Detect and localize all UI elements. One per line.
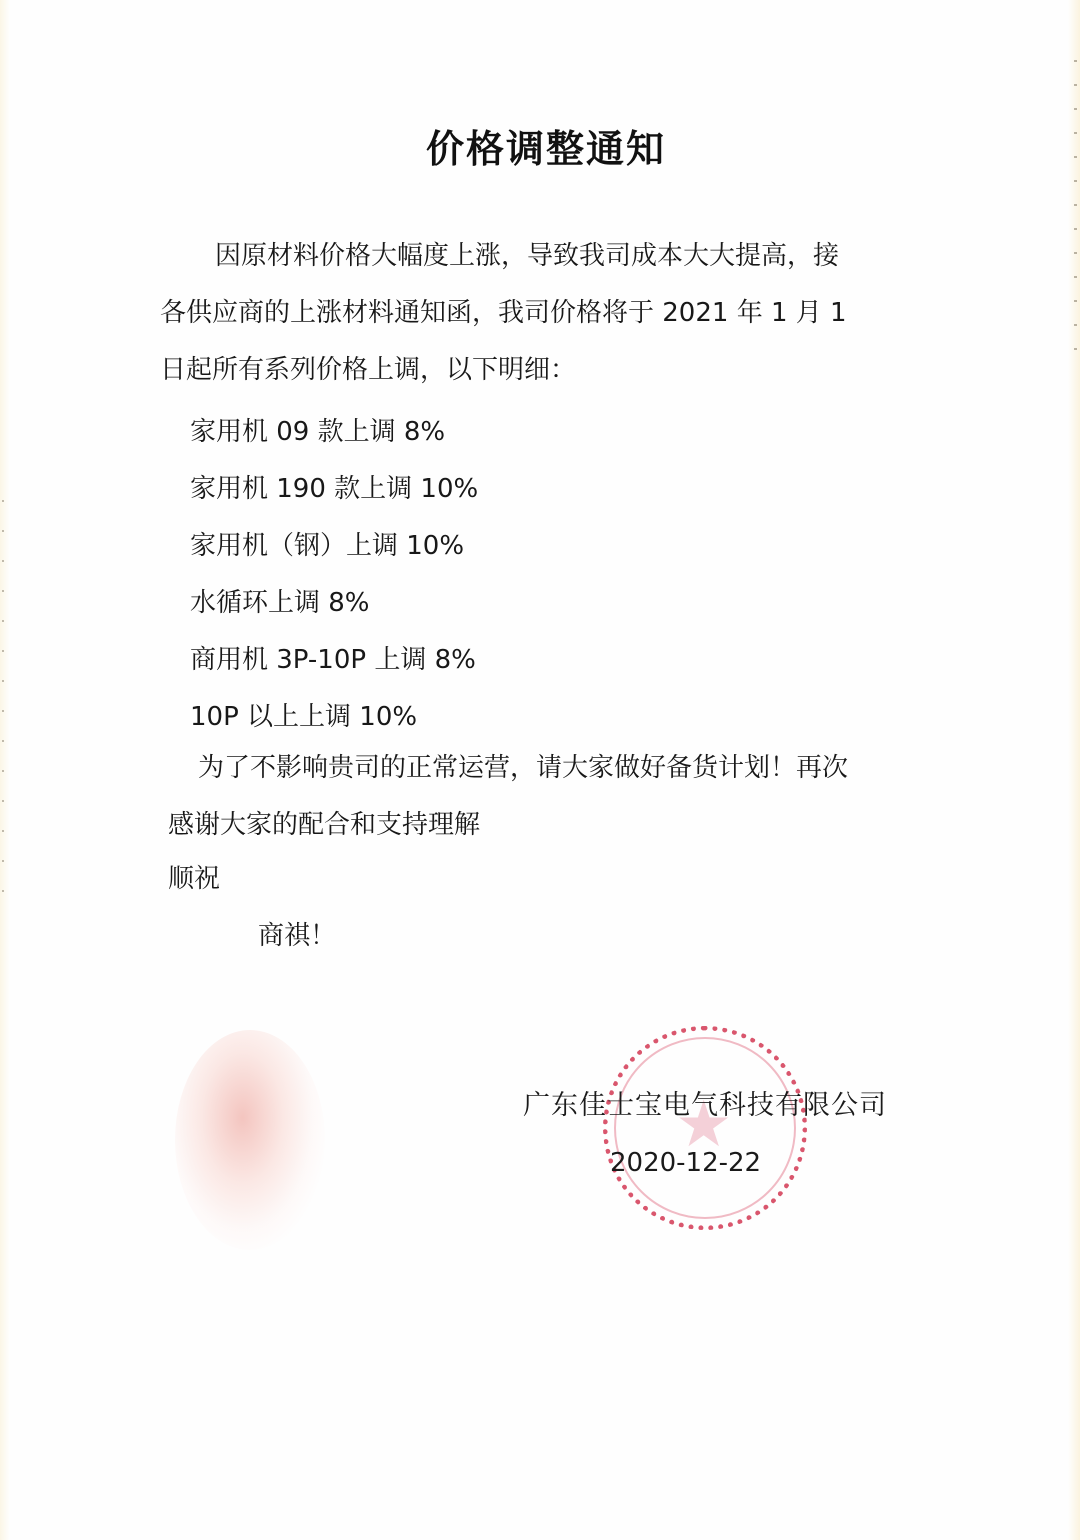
price-item: 家用机（钢）上调 10% — [190, 518, 478, 575]
scan-edge-marks-right — [1074, 60, 1077, 360]
intro-line: 各供应商的上涨材料通知函，我司价格将于 2021 年 1 月 1 — [160, 285, 847, 342]
intro-line: 因原材料价格大幅度上涨，导致我司成本大大提高，接 — [160, 228, 847, 285]
company-seal-stamp: ★ — [603, 1026, 807, 1230]
closing-line: 感谢大家的配合和支持理解 — [168, 797, 848, 854]
ink-smudge — [175, 1030, 325, 1250]
price-item: 水循环上调 8% — [190, 575, 478, 632]
scanned-document-page: 价格调整通知 因原材料价格大幅度上涨，导致我司成本大大提高，接 各供应商的上涨材… — [0, 0, 1080, 1540]
signature-company: 广东佳士宝电气科技有限公司 — [523, 1083, 887, 1122]
closing-paragraph: 为了不影响贵司的正常运营，请大家做好备货计划！再次 感谢大家的配合和支持理解 — [168, 740, 848, 854]
price-item: 商用机 3P-10P 上调 8% — [190, 632, 478, 689]
price-item: 家用机 190 款上调 10% — [190, 461, 478, 518]
price-item: 10P 以上上调 10% — [190, 689, 478, 746]
intro-paragraph: 因原材料价格大幅度上涨，导致我司成本大大提高，接 各供应商的上涨材料通知函，我司… — [160, 228, 847, 399]
signature-date: 2020-12-22 — [610, 1148, 761, 1178]
intro-line: 日起所有系列价格上调，以下明细： — [160, 342, 847, 399]
price-item: 家用机 09 款上调 8% — [190, 404, 478, 461]
closing-line: 为了不影响贵司的正常运营，请大家做好备货计划！再次 — [168, 740, 848, 797]
scan-edge-marks-left — [2, 500, 4, 900]
price-adjustment-list: 家用机 09 款上调 8% 家用机 190 款上调 10% 家用机（钢）上调 1… — [190, 404, 478, 746]
salutation-text: 商祺！ — [258, 915, 336, 952]
regards-text: 顺祝 — [168, 858, 220, 895]
document-title: 价格调整通知 — [0, 118, 1080, 173]
